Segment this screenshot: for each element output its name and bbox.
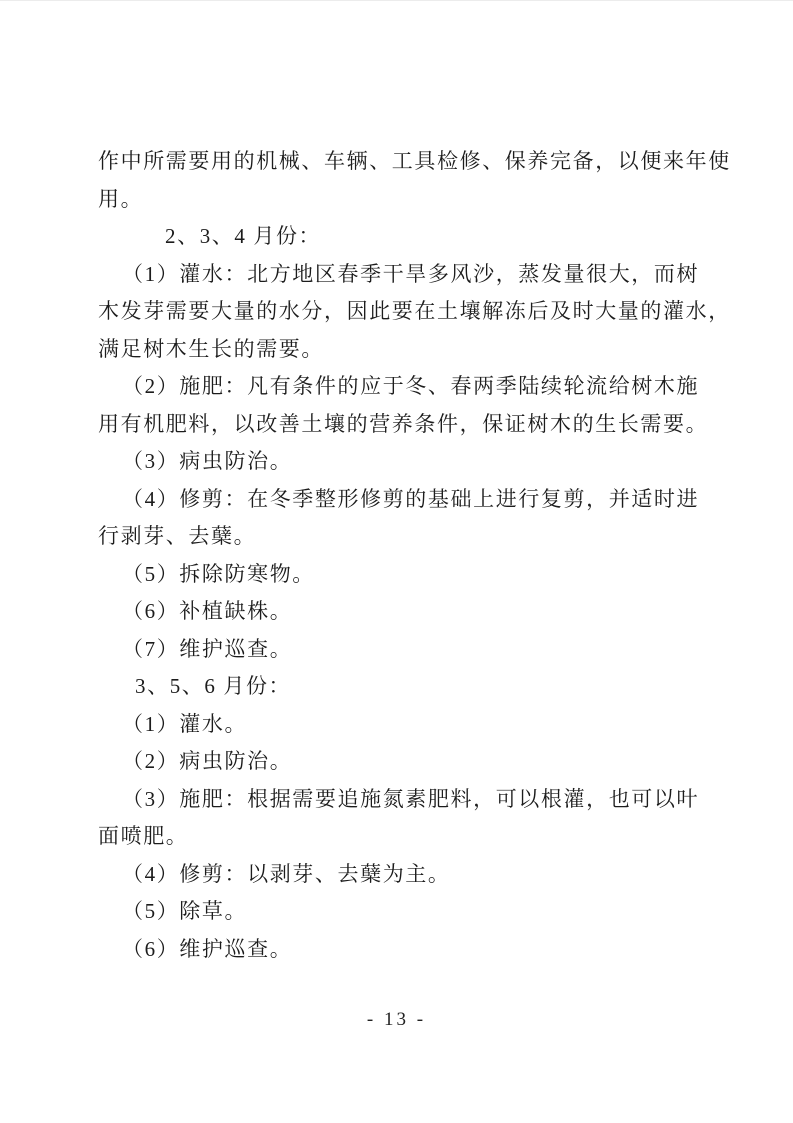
text-line: （2）施肥：凡有条件的应于冬、春两季陆续轮流给树木施 (98, 368, 748, 406)
page-number: - 13 - (367, 1009, 426, 1030)
text-line: （4）修剪：以剥芽、去蘖为主。 (98, 856, 748, 894)
text-line: （2）病虫防治。 (98, 743, 748, 781)
text-line: 面喷肥。 (98, 818, 748, 856)
text-line: 作中所需要用的机械、车辆、工具检修、保养完备，以便来年使 (98, 143, 748, 181)
text-line: 用。 (98, 181, 748, 219)
text-line: 行剥芽、去蘖。 (98, 518, 748, 556)
text-line: （4）修剪：在冬季整形修剪的基础上进行复剪，并适时进 (98, 481, 748, 519)
text-line: 木发芽需要大量的水分，因此要在土壤解冻后及时大量的灌水， (98, 293, 748, 331)
text-line: （5）除草。 (98, 893, 748, 931)
text-line: （3）病虫防治。 (98, 443, 748, 481)
text-line: （5）拆除防寒物。 (98, 556, 748, 594)
text-line: （7）维护巡查。 (98, 631, 748, 669)
text-line: （6）维护巡查。 (98, 931, 748, 969)
text-line: （1）灌水。 (98, 706, 748, 744)
document-page: 作中所需要用的机械、车辆、工具检修、保养完备，以便来年使用。2、3、4 月份：（… (0, 0, 793, 1123)
text-line: 3、5、6 月份： (98, 668, 748, 706)
text-line: 满足树木生长的需要。 (98, 331, 748, 369)
text-line: （1）灌水：北方地区春季干旱多风沙，蒸发量很大，而树 (98, 256, 748, 294)
page-footer: - 13 - (0, 1009, 793, 1031)
text-line: （6）补植缺株。 (98, 593, 748, 631)
text-line: 2、3、4 月份： (98, 218, 748, 256)
text-line: 用有机肥料，以改善土壤的营养条件，保证树木的生长需要。 (98, 406, 748, 444)
text-line: （3）施肥：根据需要追施氮素肥料，可以根灌，也可以叶 (98, 781, 748, 819)
document-body: 作中所需要用的机械、车辆、工具检修、保养完备，以便来年使用。2、3、4 月份：（… (98, 143, 748, 968)
